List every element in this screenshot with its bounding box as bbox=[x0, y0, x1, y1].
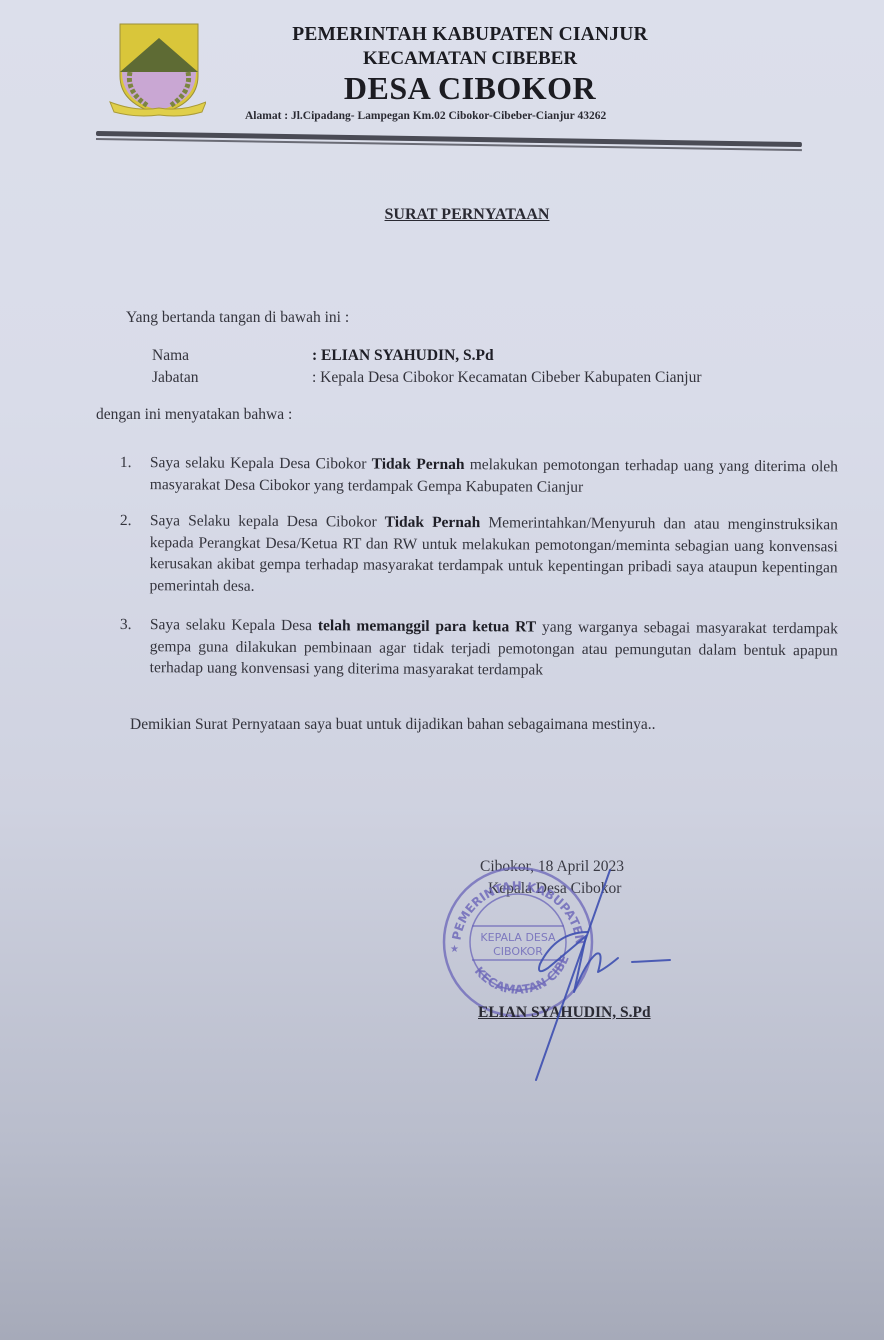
field-label-jabatan: Jabatan bbox=[152, 369, 198, 387]
coat-of-arms-icon bbox=[106, 20, 206, 120]
document-title: SURAT PERNYATAAN bbox=[0, 206, 884, 224]
letterhead-address: Alamat : Jl.Cipadang- Lampegan Km.02 Cib… bbox=[245, 110, 606, 122]
field-label-nama: Nama bbox=[152, 347, 189, 365]
document-page: PEMERINTAH KABUPATEN CIANJUR KECAMATAN C… bbox=[0, 0, 884, 1340]
item-number: 3. bbox=[120, 614, 150, 679]
closing-text: Demikian Surat Pernyataan saya buat untu… bbox=[130, 716, 656, 734]
field-value-nama: : ELIAN SYAHUDIN, S.Pd bbox=[312, 347, 494, 365]
item-text-bold: Tidak Pernah bbox=[385, 514, 481, 532]
letterhead-district: KECAMATAN CIBEBER bbox=[220, 48, 720, 70]
item-text: Saya selaku Kepala Desa telah memanggil … bbox=[150, 614, 838, 683]
letterhead-village: DESA CIBOKOR bbox=[220, 70, 720, 107]
statement-intro: dengan ini menyatakan bahwa : bbox=[96, 406, 292, 424]
field-value-jabatan: : Kepala Desa Cibokor Kecamatan Cibeber … bbox=[312, 369, 702, 387]
handwritten-signature-icon bbox=[470, 840, 700, 1090]
item-text-bold: Tidak Pernah bbox=[372, 456, 465, 474]
intro-text: Yang bertanda tangan di bawah ini : bbox=[126, 309, 349, 327]
item-text-pre: Saya Selaku kepala Desa Cibokor bbox=[150, 512, 385, 530]
statement-item: 2. Saya Selaku kepala Desa Cibokor Tidak… bbox=[119, 510, 838, 600]
item-text: Saya Selaku kepala Desa Cibokor Tidak Pe… bbox=[149, 510, 838, 600]
statement-item: 1. Saya selaku Kepala Desa Cibokor Tidak… bbox=[120, 452, 838, 499]
item-number: 1. bbox=[120, 452, 150, 495]
item-text-pre: Saya selaku Kepala Desa bbox=[150, 616, 318, 634]
item-text-pre: Saya selaku Kepala Desa Cibokor bbox=[150, 454, 372, 472]
item-text-bold: telah memanggil para ketua RT bbox=[318, 617, 536, 635]
statement-item: 3. Saya selaku Kepala Desa telah memangg… bbox=[120, 614, 838, 683]
svg-text:★: ★ bbox=[450, 944, 459, 955]
letterhead-government: PEMERINTAH KABUPATEN CIANJUR bbox=[220, 24, 720, 46]
item-number: 2. bbox=[119, 510, 150, 596]
item-text: Saya selaku Kepala Desa Cibokor Tidak Pe… bbox=[150, 452, 838, 499]
